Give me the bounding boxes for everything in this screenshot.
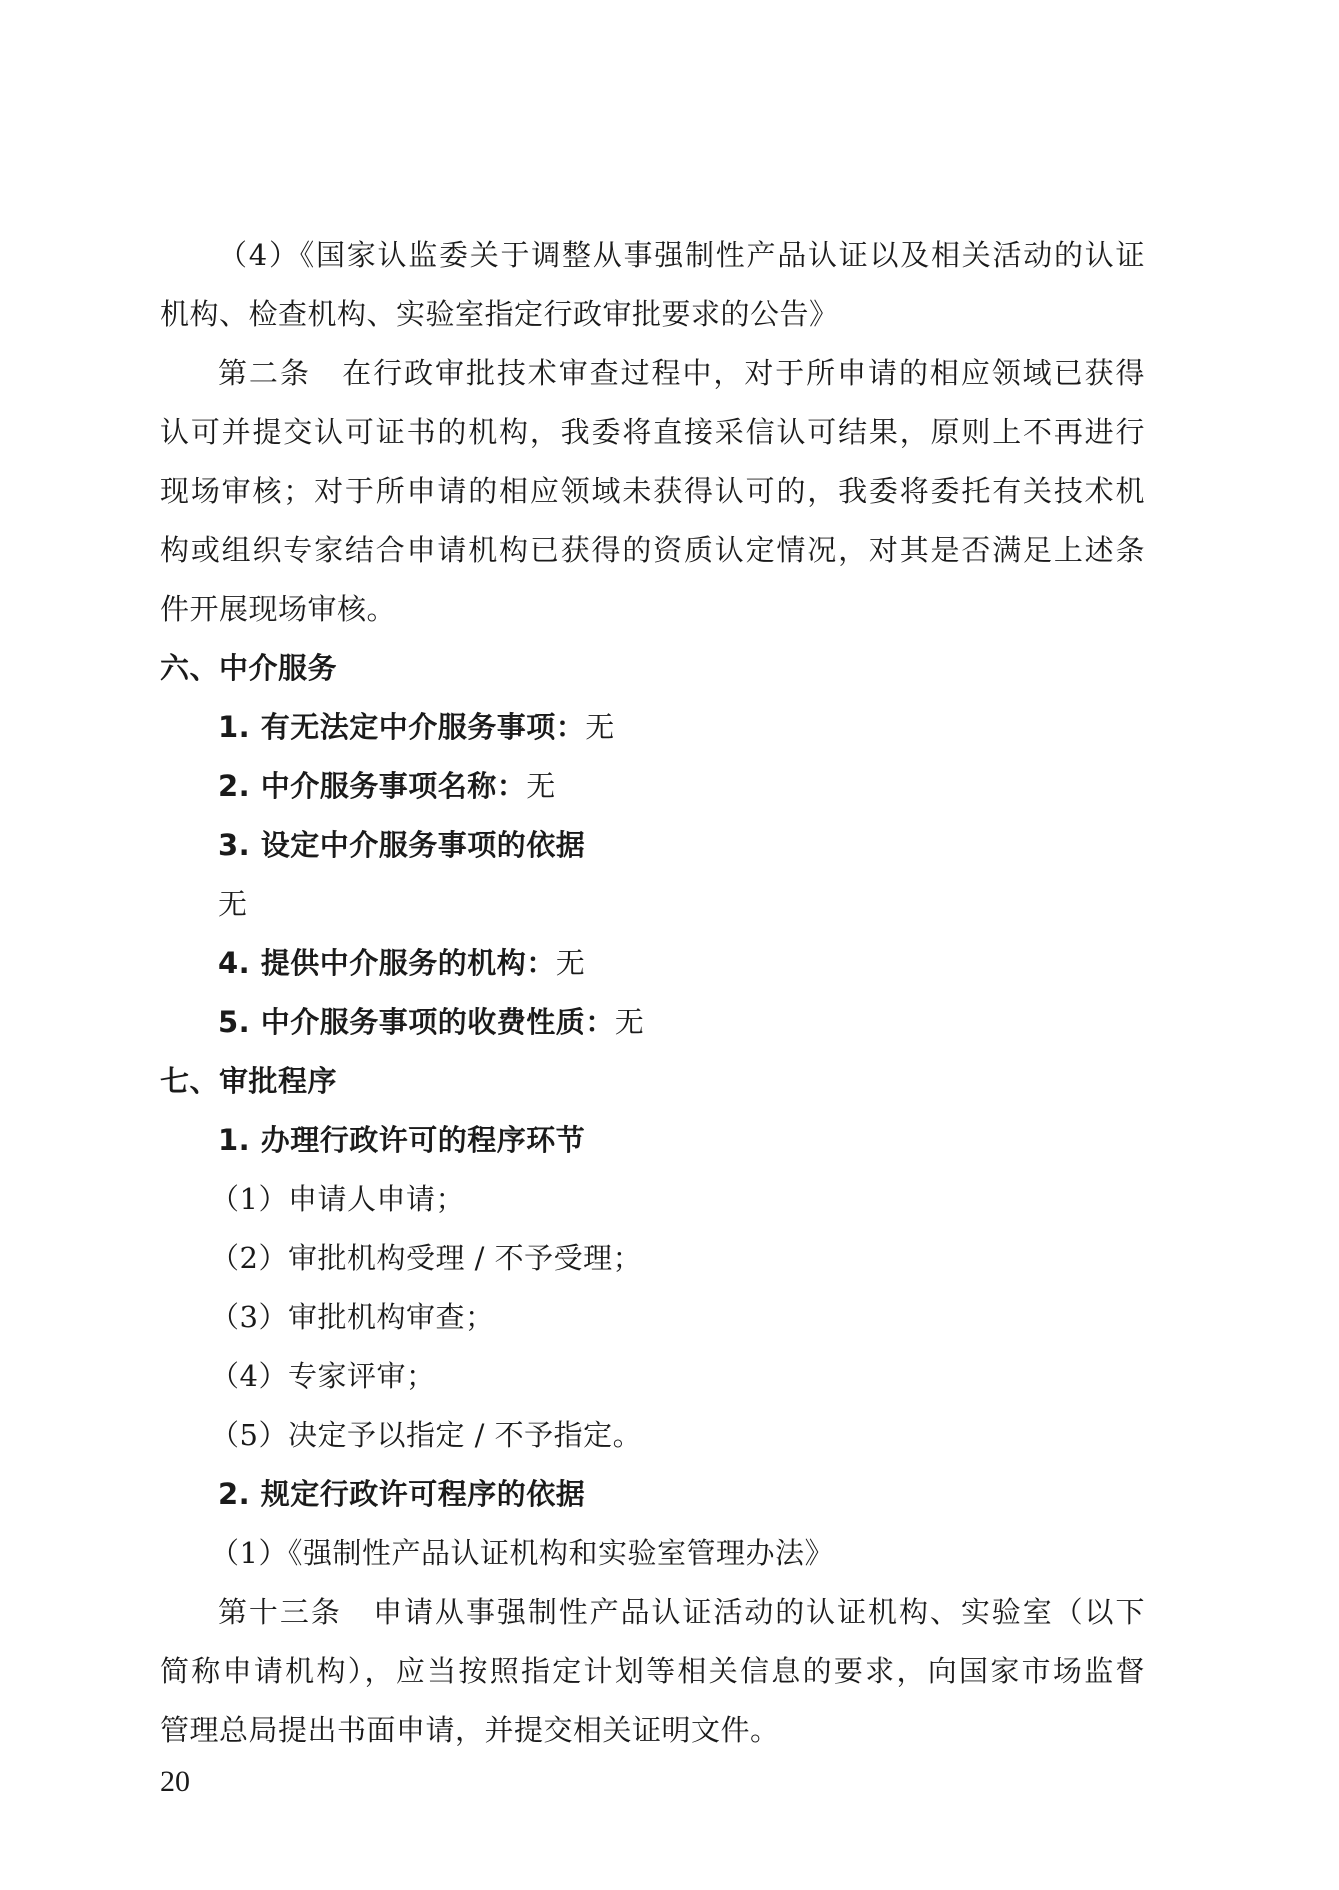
item-value: 无 bbox=[526, 769, 556, 803]
paragraph-line: 构或组织专家结合申请机构已获得的资质认定情况，对其是否满足上述条 bbox=[160, 521, 1145, 580]
item-value: 无 bbox=[218, 887, 248, 921]
item-value: 无 bbox=[585, 710, 615, 744]
item-label: 5. 中介服务事项的收费性质： bbox=[218, 1005, 615, 1039]
paragraph-line: 管理总局提出书面申请，并提交相关证明文件。 bbox=[160, 1701, 1145, 1760]
intermediary-item: 1. 有无法定中介服务事项：无 bbox=[160, 698, 1145, 757]
paragraph-line: 认可并提交认可证书的机构，我委将直接采信认可结果，原则上不再进行 bbox=[160, 403, 1145, 462]
section-heading-intermediary: 六、中介服务 bbox=[160, 639, 1145, 698]
article-label: 第二条 bbox=[218, 356, 311, 390]
subsection-heading: 1. 办理行政许可的程序环节 bbox=[160, 1111, 1145, 1170]
intermediary-item: 3. 设定中介服务事项的依据 bbox=[160, 816, 1145, 875]
document-page: （4）《国家认监委关于调整从事强制性产品认证以及相关活动的认证 机构、检查机构、… bbox=[160, 226, 1145, 1760]
procedure-step: （5）决定予以指定 / 不予指定。 bbox=[160, 1406, 1145, 1465]
article-label: 第十三条 bbox=[218, 1595, 342, 1629]
intermediary-item: 5. 中介服务事项的收费性质：无 bbox=[160, 993, 1145, 1052]
subsection-heading: 2. 规定行政许可程序的依据 bbox=[160, 1465, 1145, 1524]
law-title: （1）《强制性产品认证机构和实验室管理办法》 bbox=[160, 1524, 1145, 1583]
item-label: 4. 提供中介服务的机构： bbox=[218, 946, 556, 980]
page-number: 20 bbox=[160, 1765, 190, 1799]
intermediary-item: 2. 中介服务事项名称：无 bbox=[160, 757, 1145, 816]
article-text: 在行政审批技术审查过程中，对于所申请的相应领域已获得 bbox=[341, 356, 1145, 390]
item-label: 2. 中介服务事项名称： bbox=[218, 769, 526, 803]
paragraph-line: 机构、检查机构、实验室指定行政审批要求的公告》 bbox=[160, 285, 1145, 344]
procedure-step: （4）专家评审； bbox=[160, 1347, 1145, 1406]
intermediary-item: 无 bbox=[160, 875, 1145, 934]
paragraph-line: （4）《国家认监委关于调整从事强制性产品认证以及相关活动的认证 bbox=[160, 226, 1145, 285]
item-value: 无 bbox=[615, 1005, 645, 1039]
procedure-step: （1）申请人申请； bbox=[160, 1170, 1145, 1229]
article-line: 第十三条申请从事强制性产品认证活动的认证机构、实验室（以下 bbox=[160, 1583, 1145, 1642]
item-label: 3. 设定中介服务事项的依据 bbox=[218, 828, 585, 862]
section-heading-approval-procedure: 七、审批程序 bbox=[160, 1052, 1145, 1111]
item-label: 1. 有无法定中介服务事项： bbox=[218, 710, 585, 744]
procedure-step: （2）审批机构受理 / 不予受理； bbox=[160, 1229, 1145, 1288]
intermediary-item: 4. 提供中介服务的机构：无 bbox=[160, 934, 1145, 993]
procedure-step: （3）审批机构审查； bbox=[160, 1288, 1145, 1347]
article-text: 申请从事强制性产品认证活动的认证机构、实验室（以下 bbox=[372, 1595, 1145, 1629]
paragraph-line: 件开展现场审核。 bbox=[160, 580, 1145, 639]
article-line: 第二条在行政审批技术审查过程中，对于所申请的相应领域已获得 bbox=[160, 344, 1145, 403]
paragraph-line: 现场审核；对于所申请的相应领域未获得认可的，我委将委托有关技术机 bbox=[160, 462, 1145, 521]
item-value: 无 bbox=[556, 946, 586, 980]
paragraph-line: 简称申请机构），应当按照指定计划等相关信息的要求，向国家市场监督 bbox=[160, 1642, 1145, 1701]
